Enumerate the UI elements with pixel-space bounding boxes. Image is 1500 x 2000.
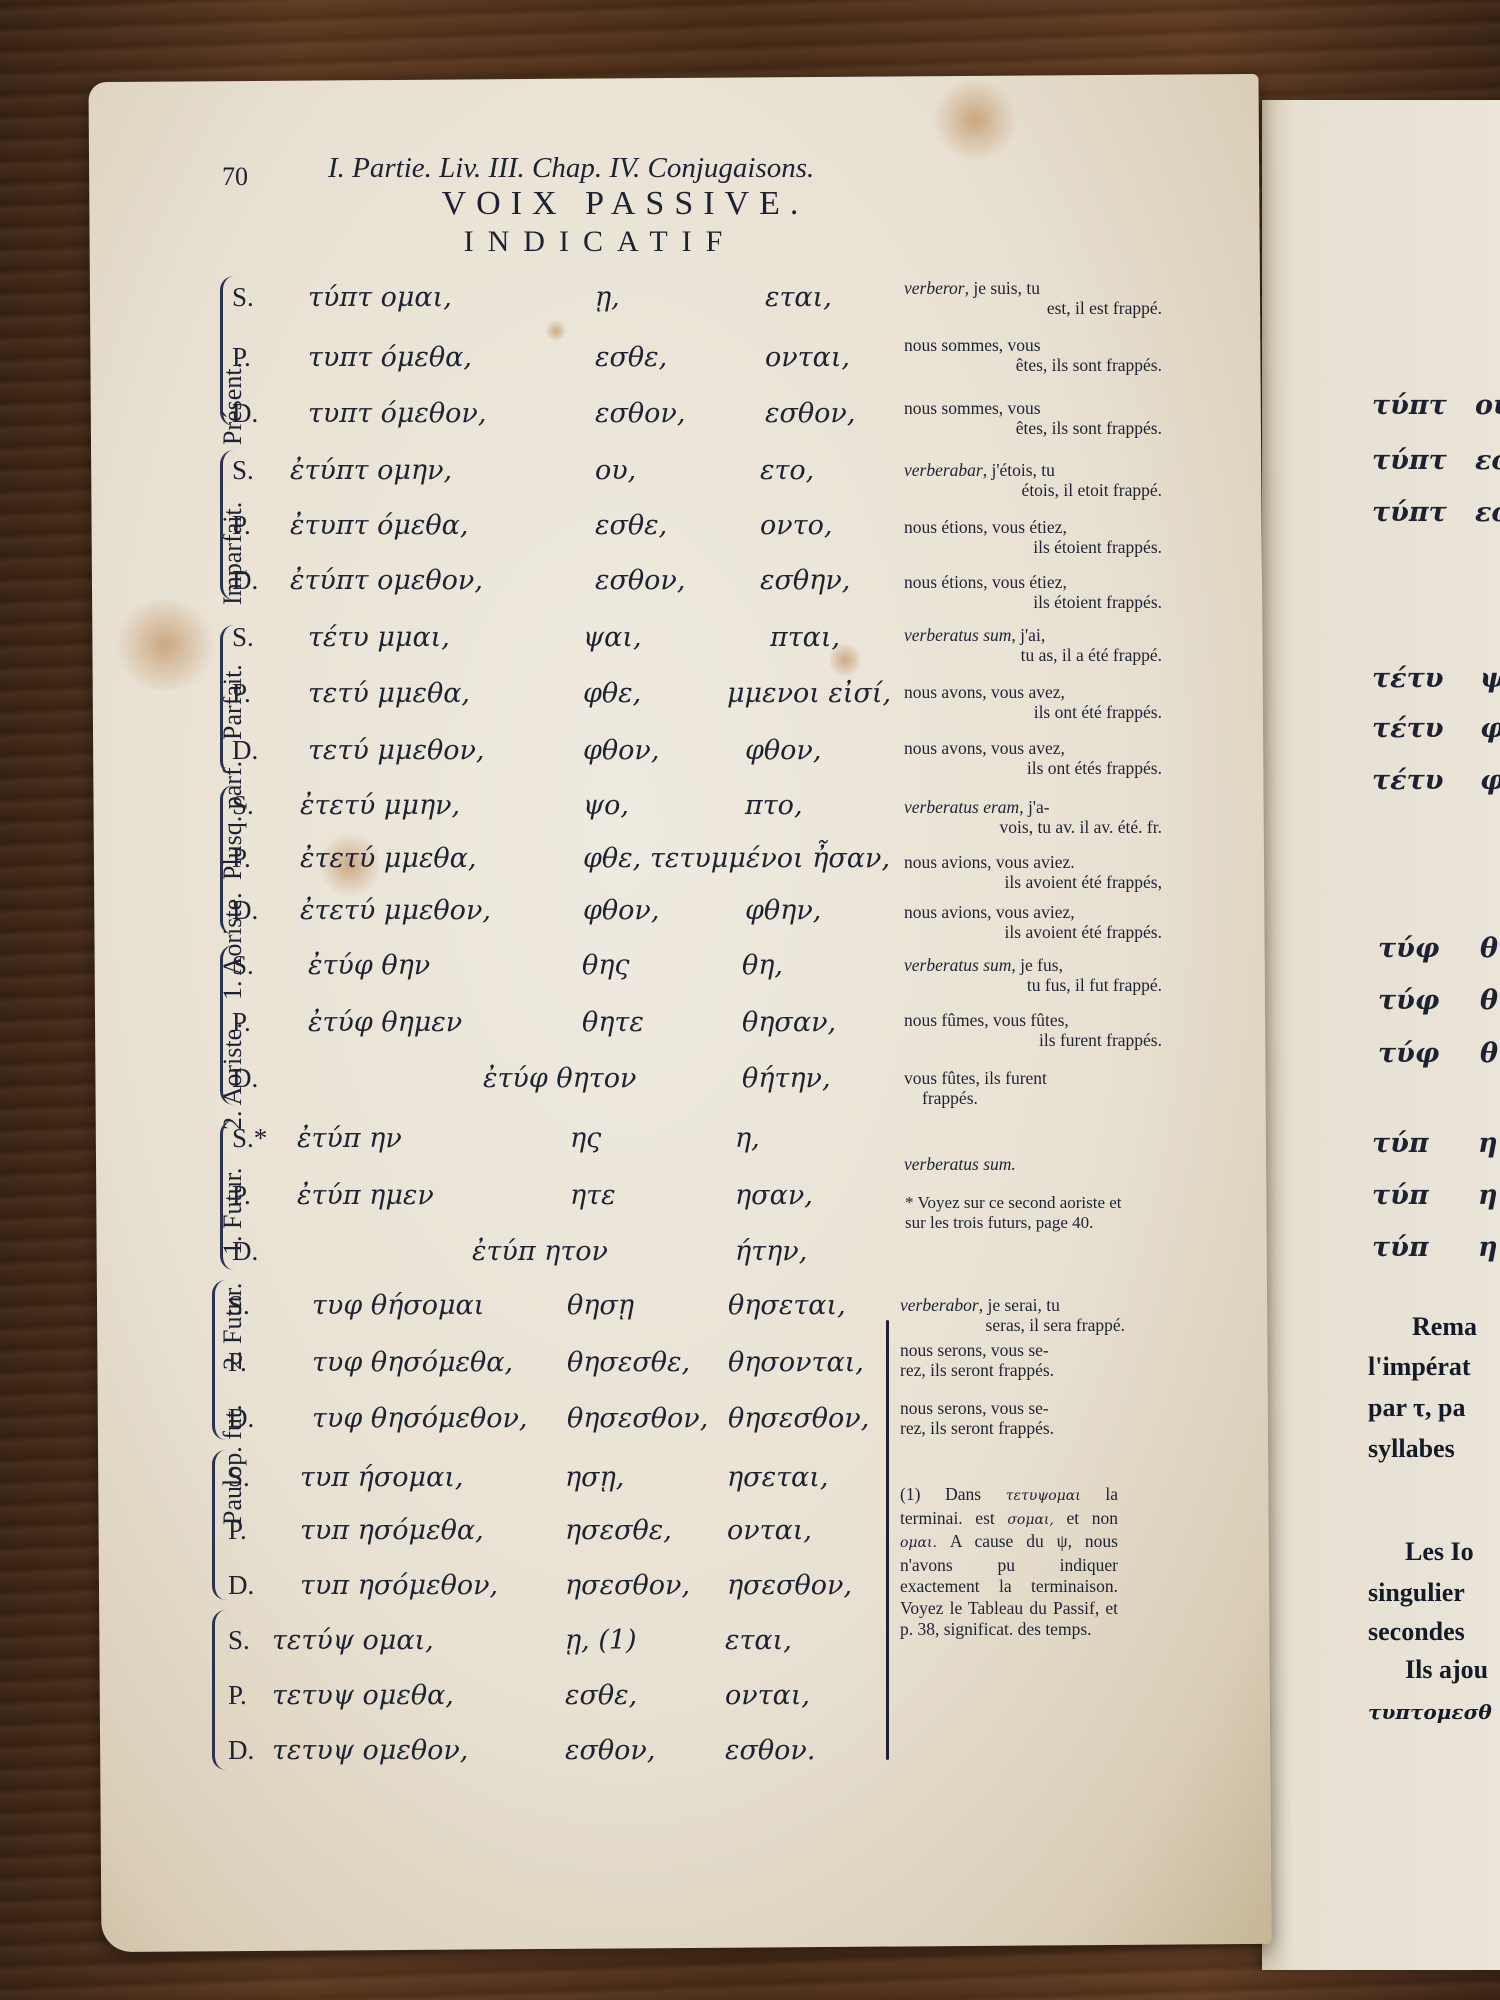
translation-block: vous fûtes, ils furentfrappés. [904,1068,1162,1108]
ending-2nd: ἐτύφ θητον [483,1063,636,1094]
translation-block: verberatus sum. [904,1154,1162,1174]
ending-3rd: ησεσθον, [727,1570,852,1601]
facing-ending: θ [1480,1038,1498,1069]
stem-cell: τυφ θήσομαι [312,1290,484,1321]
translation-line: nous serons, vous se- [900,1340,1049,1360]
foxing-stain [930,80,1020,160]
number-label: D. [232,895,258,926]
stem-cell: τετύ μμεθον, [308,735,484,766]
translation-block: nous étions, vous étiez,ils étoient frap… [904,517,1162,557]
number-label: P. [228,1515,247,1546]
facing-stem: τέτυ [1372,765,1443,796]
translation-block: nous serons, vous se-rez, ils seront fra… [900,1340,1125,1380]
translation-line: est, il est frappé. [904,298,1162,318]
ending-3rd: εται, [725,1625,792,1656]
ending-3rd: εσθον, [765,398,855,429]
translation-line: ils étoient frappés. [904,592,1162,612]
ending-3rd: εσθην, [760,565,850,596]
stem-cell: ἐτυπτ όμεθα, [290,510,468,541]
translation-line: nous sommes, vous [904,335,1041,355]
ending-2nd: ψο, [583,790,629,821]
ending-2nd: θης [582,950,630,981]
number-label: S. [228,1625,250,1656]
translation-block: verberabor, je serai, tuseras, il sera f… [900,1295,1125,1335]
translation-line: nous fûmes, vous fûtes, [904,1010,1069,1030]
footnote-text: et non [1066,1508,1118,1528]
ending-3rd: εσθον. [725,1735,815,1766]
footnote-greek: σομαι, [1007,1512,1053,1528]
number-label: P. [232,843,251,874]
facing-page [1262,100,1500,1970]
facing-stem: τύπτ [1372,497,1447,528]
translation-block: verberatus eram, j'a-vois, tu av. il av.… [904,797,1162,837]
stem-cell: ἐτύπτ ομεθον, [290,565,483,596]
stem-cell: ἐτύφ θημεν [308,1007,462,1038]
ending-2nd: θησεσθον, [567,1403,708,1434]
ending-3rd: θη, [742,950,783,981]
footnote-1: (1) Dans τετυψομαι la terminai. est σομα… [900,1484,1118,1641]
ending-2nd: ψαι, [583,622,642,653]
stem-cell: τετύ μμεθα, [308,678,470,709]
stem-cell: τυπ ησόμεθα, [300,1515,484,1546]
ending-2nd: εσθε, [595,342,667,373]
number-label: D. [232,1236,258,1267]
translation-line: ils avoient été frappés, [904,872,1162,892]
number-label: P. [232,342,251,373]
ending-2nd: θητε [582,1007,644,1038]
translation-line: nous serons, vous se- [900,1398,1049,1418]
stem-cell: ἐτετύ μμεθα, [300,843,477,874]
number-label: P. [228,1347,247,1378]
ending-3rd: ονται, [727,1515,812,1546]
number-label: P. [228,1680,247,1711]
number-label: S. [228,1462,250,1493]
number-label: P. [232,1007,251,1038]
translation-line: tu fus, il fut frappé. [904,975,1162,995]
translation-line: , j'a- [1019,797,1049,817]
ending-3rd: ονται, [725,1680,810,1711]
ending-3rd: θησονται, [728,1347,864,1378]
ending-2nd: ἐτύπ ητον [472,1236,608,1267]
number-label: S. [232,455,254,486]
facing-text-line: secondes [1368,1617,1465,1647]
number-label: D. [232,565,258,596]
facing-ending: φ [1480,765,1500,796]
facing-stem: τύφ [1378,933,1439,964]
ending-3rd: θήτην, [742,1063,831,1094]
latin-gloss: verberabar [904,460,983,480]
translation-block: nous avions, vous aviez,ils avoient été … [904,902,1162,942]
translation-line: nous avons, vous avez, [904,738,1065,758]
ending-3rd: ετο, [760,455,814,486]
latin-gloss: verberatus sum. [904,1154,1016,1174]
stem-cell: τετύψ ομαι, [272,1625,434,1656]
translation-line: vous fûtes, ils furent [904,1068,1047,1088]
ending-2nd: φθε, [583,843,641,874]
latin-gloss: verberatus sum [904,955,1011,975]
footnote-divider-bar [886,1320,889,1760]
translation-block: nous avions, vous aviez.ils avoient été … [904,852,1162,892]
ending-3rd: ησεται, [727,1462,828,1493]
subtitle-indicatif: INDICATIF [464,225,737,258]
facing-text-line: l'impérat [1368,1352,1471,1382]
facing-text-line: syllabes [1368,1434,1455,1464]
translation-line: nous avions, vous aviez, [904,902,1075,922]
translation-line: rez, ils seront frappés. [900,1360,1125,1380]
ending-3rd: οντο, [760,510,832,541]
ending-3rd: εται, [765,282,832,313]
number-label: D. [228,1403,254,1434]
translation-line: nous avons, vous avez, [904,682,1065,702]
facing-text-line: par τ, pa [1368,1393,1465,1423]
facing-ending: φ [1480,713,1500,744]
stem-cell: ἐτύφ θην [308,950,430,981]
foxing-stain [545,320,567,342]
translation-line: frappés. [904,1088,1162,1108]
ending-2nd: θησῃ [567,1290,634,1321]
number-label: S. [228,1290,250,1321]
latin-gloss: verberabor [900,1295,979,1315]
translation-line: ils étoient frappés. [904,537,1162,557]
translation-line: vois, tu av. il av. été. fr. [904,817,1162,837]
ending-3rd: ήτην, [735,1236,807,1267]
ending-2nd: ου, [595,455,636,486]
latin-gloss: verberatus sum [904,625,1011,645]
translation-line: , je serai, tu [979,1295,1060,1315]
ending-2nd: ησεσθε, [565,1515,672,1546]
translation-block: verberor, je suis, tuest, il est frappé. [904,278,1162,318]
translation-block: nous serons, vous se-rez, ils seront fra… [900,1398,1125,1438]
ending-3rd: τετυμμένοι ἦσαν, [650,843,890,874]
facing-stem: τύπτ [1372,390,1447,421]
ending-2nd: εσθον, [595,398,685,429]
facing-text-line: Rema [1412,1312,1477,1342]
ending-3rd: θησαν, [742,1007,836,1038]
ending-2nd: ησεσθον, [565,1570,690,1601]
translation-line: ils furent frappés. [904,1030,1162,1050]
ending-2nd: εσθε, [565,1680,637,1711]
ending-2nd: φθε, [583,678,641,709]
latin-gloss: verberor [904,278,965,298]
number-label: P. [232,678,251,709]
latin-gloss: verberatus eram [904,797,1019,817]
ending-2nd: εσθε, [595,510,667,541]
number-label: S. [232,622,254,653]
facing-stem: τέτυ [1372,663,1443,694]
facing-ending: η [1478,1128,1498,1159]
facing-ending: η [1478,1180,1498,1211]
number-label: D. [232,1063,258,1094]
facing-ending: θ [1480,933,1498,964]
running-head-text: I. Partie. Liv. III. Chap. IV. Conjugais… [328,152,814,184]
translation-line: nous étions, vous étiez, [904,517,1067,537]
translation-line: ils avoient été frappés. [904,922,1162,942]
translation-line: ils ont été frappés. [904,702,1162,722]
facing-stem: τύπ [1372,1232,1429,1263]
ending-2nd: ῃ, [595,282,620,313]
translation-line: nous avions, vous aviez. [904,852,1075,872]
facing-text-line: τυπτομεσθ [1368,1700,1492,1724]
stem-cell: τέτυ μμαι, [308,622,450,653]
footnote-greek: τετυψομαι [1006,1488,1081,1504]
stem-cell: τετυψ ομεθον, [272,1735,468,1766]
ending-2nd: ῃ, (1) [565,1625,637,1656]
facing-stem: τέτυ [1372,713,1443,744]
translation-block: nous sommes, vousêtes, ils sont frappés. [904,335,1162,375]
facing-text-line: Ils ajou [1405,1655,1488,1685]
number-label: S. [232,282,254,313]
ending-3rd: η, [735,1123,760,1154]
facing-ending: ψ [1480,663,1500,694]
ending-2nd: ησῃ, [565,1462,624,1493]
facing-text-line: Les Io [1405,1537,1474,1567]
number-label: S. [232,790,254,821]
ending-3rd: πτο, [745,790,803,821]
translation-line: ils ont étés frappés. [904,758,1162,778]
footnote-greek: ομαι. [900,1535,937,1551]
number-label: P. [232,510,251,541]
foxing-stain [110,600,220,690]
translation-line: nous sommes, vous [904,398,1041,418]
number-label: D. [228,1735,254,1766]
translation-line: étois, il etoit frappé. [904,480,1162,500]
stem-cell: ἐτετύ μμην, [300,790,460,821]
translation-line: nous étions, vous étiez, [904,572,1067,592]
stem-cell: τυπτ όμεθον, [308,398,486,429]
ending-2nd: εσθον, [565,1735,655,1766]
facing-ending: ου, [1475,390,1500,421]
facing-stem: τύπ [1372,1180,1429,1211]
translation-block: nous avons, vous avez,ils ont été frappé… [904,682,1162,722]
translation-line: , je suis, tu [965,278,1040,298]
ending-2nd: ης [570,1123,601,1154]
translation-block: nous fûmes, vous fûtes,ils furent frappé… [904,1010,1162,1050]
footnote-star: * Voyez sur ce second aoriste et sur les… [905,1193,1135,1233]
title-voix-passive: VOIX PASSIVE. [442,185,809,222]
facing-stem: τύπ [1372,1128,1429,1159]
facing-stem: τύφ [1378,985,1439,1016]
ending-3rd: φθην, [745,895,821,926]
stem-cell: ἐτύπ ην [297,1123,402,1154]
facing-stem: τύφ [1378,1038,1439,1069]
ending-2nd: ητε [570,1180,616,1211]
ending-3rd: πται, [770,622,840,653]
translation-block: verberabar, j'étois, tuétois, il etoit f… [904,460,1162,500]
facing-ending: εσ [1475,497,1500,528]
stem-cell: τυφ θησόμεθα, [312,1347,513,1378]
stem-cell: τυπ ήσομαι, [300,1462,464,1493]
translation-block: nous étions, vous étiez,ils étoient frap… [904,572,1162,612]
ending-2nd: φθον, [583,735,659,766]
ending-3rd: ονται, [765,342,850,373]
number-label: D. [232,398,258,429]
running-head: I. Partie. Liv. III. Chap. IV. Conjugais… [328,152,814,185]
number-label: S.* [232,1123,267,1154]
ending-3rd: θησεσθον, [728,1403,869,1434]
translation-block: verberatus sum, j'ai,tu as, il a été fra… [904,625,1162,665]
page-title: VOIX PASSIVE. [0,185,1500,223]
stem-cell: τύπτ ομαι, [308,282,452,313]
translation-line: , j'étois, tu [983,460,1055,480]
stem-cell: ἐτετύ μμεθον, [300,895,491,926]
stem-cell: τυφ θησόμεθον, [312,1403,528,1434]
number-label: S. [232,950,254,981]
ending-2nd: θησεσθε, [567,1347,690,1378]
translation-line: , je fus, [1011,955,1063,975]
translation-line: êtes, ils sont frappés. [904,418,1162,438]
translation-block: verberatus sum, je fus,tu fus, il fut fr… [904,955,1162,995]
translation-line: seras, il sera frappé. [900,1315,1125,1335]
stem-cell: τυπτ όμεθα, [308,342,472,373]
ending-3rd: θησεται, [728,1290,846,1321]
facing-ending: θ [1480,985,1498,1016]
number-label: D. [228,1570,254,1601]
translation-block: nous avons, vous avez,ils ont étés frapp… [904,738,1162,778]
translation-line: , j'ai, [1011,625,1045,645]
ending-3rd: φθον, [745,735,821,766]
ending-2nd: φθον, [583,895,659,926]
translation-line: rez, ils seront frappés. [900,1418,1125,1438]
translation-block: nous sommes, vousêtes, ils sont frappés. [904,398,1162,438]
stem-cell: ἐτύπ ημεν [297,1180,434,1211]
translation-line: êtes, ils sont frappés. [904,355,1162,375]
ending-2nd: εσθον, [595,565,685,596]
ending-3rd: ησαν, [735,1180,813,1211]
stem-cell: τετυψ ομεθα, [272,1680,454,1711]
facing-text-line: singulier [1368,1578,1465,1608]
ending-3rd: μμενοι εἰσί, [727,678,891,709]
stem-cell: ἐτύπτ ομην, [290,455,452,486]
facing-stem: τύπτ [1372,445,1447,476]
facing-ending: η [1478,1232,1498,1263]
translation-line: tu as, il a été frappé. [904,645,1162,665]
number-label: P. [232,1180,251,1211]
stem-cell: τυπ ησόμεθον, [300,1570,498,1601]
footnote-text: (1) Dans [900,1484,981,1504]
number-label: D. [232,735,258,766]
facing-ending: εσ [1475,445,1500,476]
